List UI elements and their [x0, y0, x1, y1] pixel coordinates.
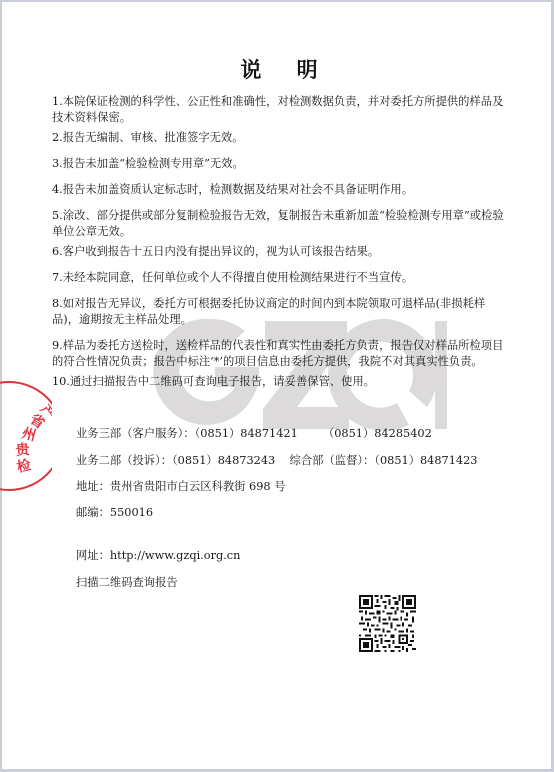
contact-dept2-phone: 业务二部（投诉）：（0851）84873243 综合部（监督）：（0851）84… — [76, 453, 478, 469]
notice-item-8: 8.如对报告无异议，委托方可根据委托协议商定的时间内到本院领取可退样品(非损耗样… — [52, 296, 508, 328]
notice-item-10: 10.通过扫描报告中二维码可查询电子报告，请妥善保管、使用。 — [52, 374, 508, 390]
svg-text:检: 检 — [15, 456, 33, 476]
page-title: 说 明 — [2, 54, 554, 84]
notice-item-1: 1.本院保证检测的科学性、公正性和准确性，对检测数据负责，并对委托方所提供的样品… — [52, 94, 508, 126]
svg-text:州: 州 — [20, 425, 38, 444]
contact-address: 地址：贵州省贵阳市白云区科教街 698 号 — [76, 479, 286, 495]
official-seal-stamp: 检 贵 州 省 产 — [0, 379, 52, 493]
contact-postcode: 邮编：550016 — [76, 505, 153, 521]
notice-item-7: 7.未经本院同意，任何单位或个人不得擅自使用检测结果进行不当宣传。 — [52, 270, 508, 286]
notice-item-6: 6.客户收到报告十五日内没有提出异议的，视为认可该报告结果。 — [52, 244, 508, 260]
svg-text:省: 省 — [27, 410, 48, 432]
svg-text:产: 产 — [37, 402, 52, 423]
notice-item-4: 4.报告未加盖资质认定标志时，检测数据及结果对社会不具备证明作用。 — [52, 182, 508, 198]
notice-item-5: 5.涂改、部分提供或部分复制检验报告无效，复制报告未重新加盖“检验检测专用章”或… — [52, 208, 508, 240]
svg-text:贵: 贵 — [15, 441, 31, 459]
contact-website[interactable]: 网址：http://www.gzqi.org.cn — [76, 548, 240, 564]
notice-item-2: 2.报告无编制、审核、批准签字无效。 — [52, 130, 508, 146]
qr-caption: 扫描二维码查询报告 — [76, 575, 178, 591]
qr-code-image[interactable] — [359, 595, 416, 652]
document-page: 说 明 1.本院保证检测的科学性、公正性和准确性，对检测数据负责，并对委托方所提… — [0, 0, 554, 772]
notice-item-9: 9.样品为委托方送检时，送检样品的代表性和真实性由委托方负责，报告仅对样品所检项… — [52, 338, 508, 370]
notice-item-3: 3.报告未加盖“检验检测专用章”无效。 — [52, 156, 508, 172]
contact-dept3-phone: 业务三部（客户服务）：（0851）84871421 （0851）84285402 — [76, 426, 432, 442]
